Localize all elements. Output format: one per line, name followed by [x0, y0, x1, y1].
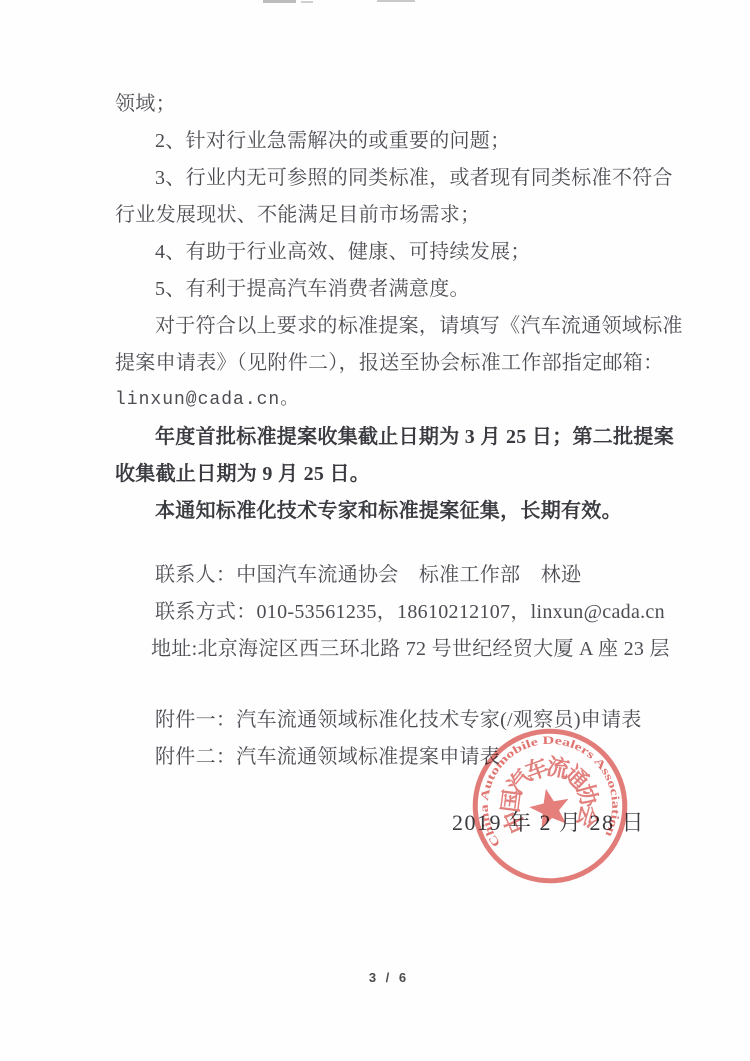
- official-date: 2019 年 2 月 28 日: [452, 806, 645, 837]
- text-line: linxun@cada.cn。: [115, 382, 683, 419]
- text-line: 提案申请表》（见附件二），报送至协会标准工作部指定邮箱：: [115, 345, 683, 382]
- scan-artifact: [301, 1, 313, 3]
- text-line: 联系方式：010-53561235，18610212107，linxun@cad…: [115, 594, 683, 631]
- document-page: 领域；2、针对行业急需解决的或重要的问题；3、行业内无可参照的同类标准，或者现有…: [0, 0, 750, 1061]
- text-line: 2、针对行业急需解决的或重要的问题；: [115, 123, 683, 160]
- text-line: 本通知标准化技术专家和标准提案征集，长期有效。: [115, 493, 683, 530]
- text-line: 联系人：中国汽车流通协会 标准工作部 林逊: [115, 557, 683, 594]
- text-line: 对于符合以上要求的标准提案，请填写《汽车流通领域标准: [115, 308, 683, 345]
- scan-artifact: [377, 0, 415, 2]
- text-line: 领域；: [115, 86, 683, 123]
- text-line: 行业发展现状、不能满足目前市场需求；: [115, 197, 683, 234]
- text-line: 5、有利于提高汽车消费者满意度。: [115, 271, 683, 308]
- text-line: 附件二：汽车流通领域标准提案申请表: [115, 739, 683, 776]
- page-number: 3 / 6: [14, 970, 750, 985]
- scan-artifact: [263, 0, 296, 3]
- document-body: 领域；2、针对行业急需解决的或重要的问题；3、行业内无可参照的同类标准，或者现有…: [115, 86, 683, 776]
- text-line: 附件一：汽车流通领域标准化技术专家(/观察员)申请表: [115, 702, 683, 739]
- text-line: 收集截止日期为 9 月 25 日。: [115, 456, 683, 493]
- text-line: 地址:北京海淀区西三环北路 72 号世纪经贸大厦 A 座 23 层: [115, 631, 683, 668]
- text-line: 年度首批标准提案收集截止日期为 3 月 25 日；第二批提案: [115, 419, 683, 456]
- text-line: 4、有助于行业高效、健康、可持续发展；: [115, 234, 683, 271]
- text-line: 3、行业内无可参照的同类标准，或者现有同类标准不符合: [115, 160, 683, 197]
